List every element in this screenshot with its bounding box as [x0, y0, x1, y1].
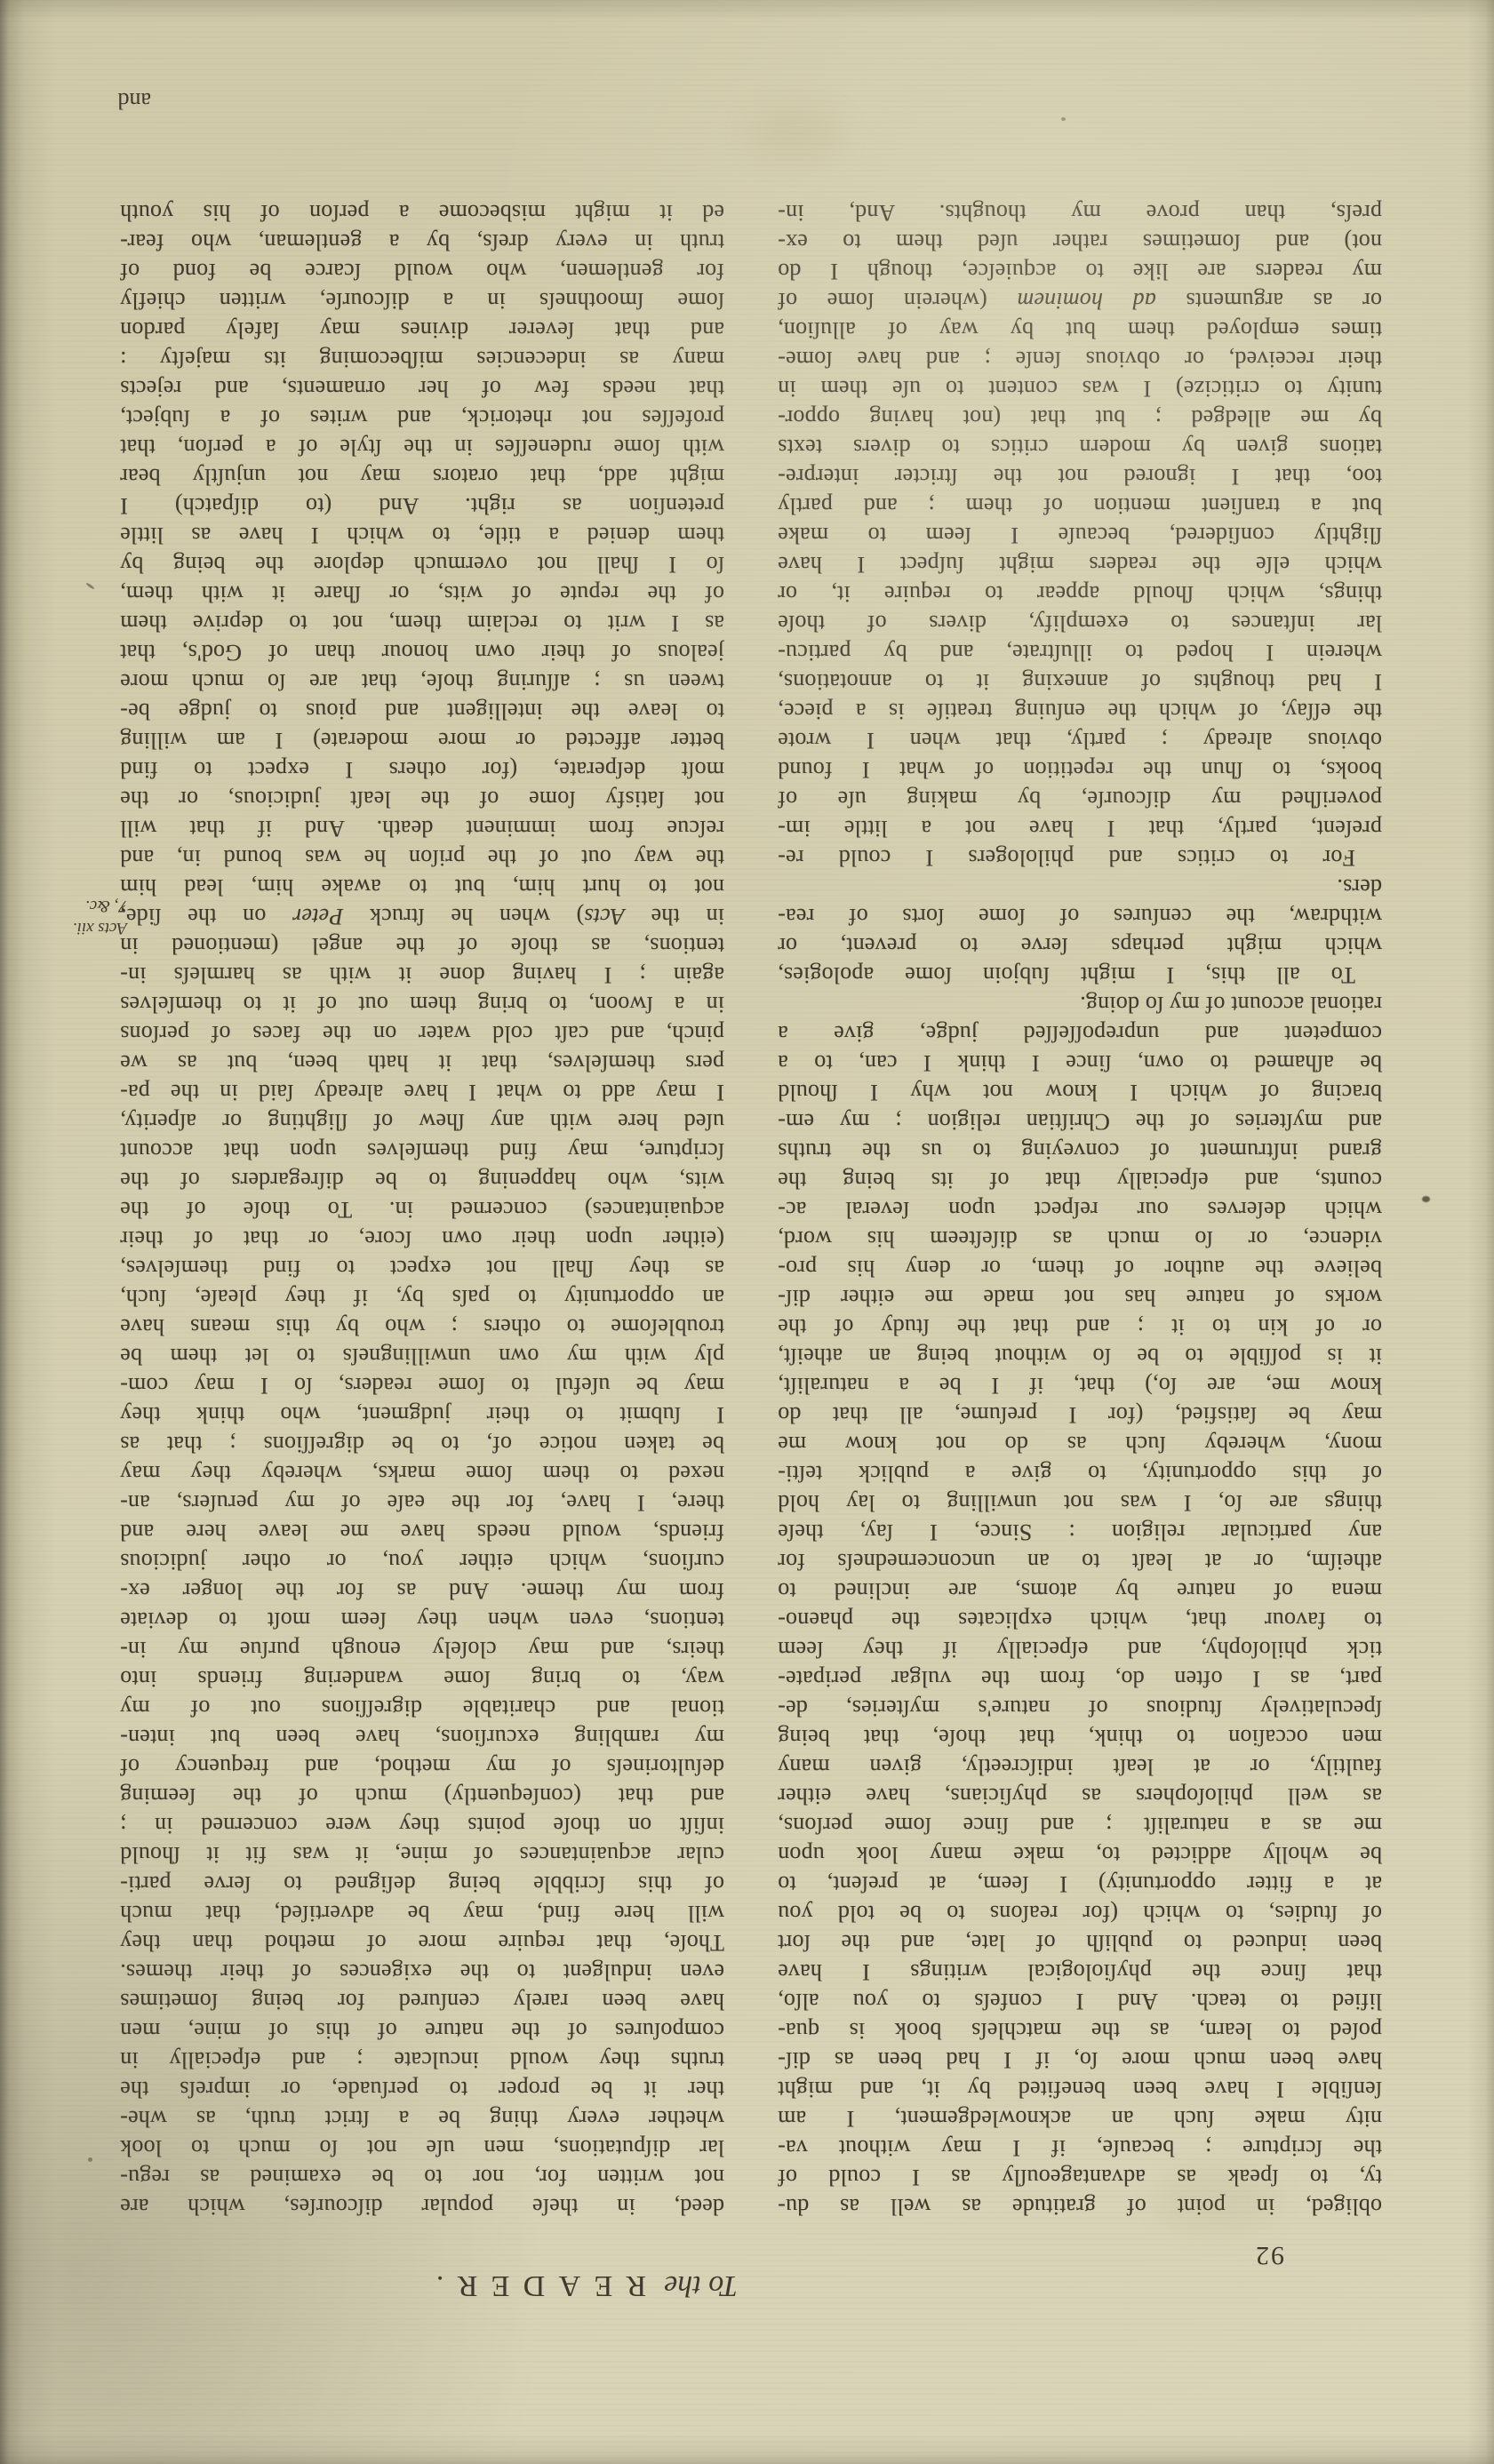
text-line: rational account of my ſo doing.: [778, 990, 1382, 1019]
text-line: I ſubmit to their judgment, who think th…: [120, 1400, 724, 1430]
text-line: works of nature has not made me either d…: [778, 1283, 1382, 1312]
text-line: it is poſſible to be ſo without being an…: [778, 1342, 1382, 1371]
text-line: ſlightly conſidered, becauſe I ſeem to m…: [778, 521, 1382, 550]
text-line: not written for, nor to be examined as r…: [120, 2163, 724, 2192]
text-line: friends, would needs have me leave here …: [120, 1518, 724, 1547]
text-line: mony, whereby ſuch as do not know me: [778, 1430, 1382, 1459]
text-line: tunity to criticize) I was content to uſ…: [778, 374, 1382, 403]
text-line: atheiſm, or at leaſt to an unconcernedne…: [778, 1547, 1382, 1576]
text-line: of this opportunity, to give a publick t…: [778, 1459, 1382, 1488]
text-line: have been much more ſo, if I had been as…: [778, 2045, 1382, 2075]
text-line: lified to teach. And I confeſs to you al…: [778, 1987, 1382, 2016]
book-page: 92 To theREADER. obliged, in point of gr…: [0, 0, 1494, 2464]
text-line: pretenſion as right. And (to diſpatch) I: [120, 491, 724, 521]
text-line: for gentlemen, who would ſcarce be fond …: [120, 257, 724, 286]
text-line: part, as I often do, from the vulgar per…: [778, 1664, 1382, 1694]
text-line: men occaſion to think, that thoſe, that …: [778, 1723, 1382, 1752]
text-line: lar diſputations, men uſe not ſo much to…: [120, 2133, 724, 2163]
text-line: tional and charitable digreſſions out of…: [120, 1694, 724, 1723]
text-line: with ſome rudeneſſes in the ſtyle of a p…: [120, 433, 724, 462]
text-line: in a ſwoon, to bring them out of it to t…: [120, 990, 724, 1019]
text-line: I had thoughts of annexing it to annotat…: [778, 667, 1382, 697]
running-head-lead: To the: [664, 2269, 738, 2302]
margin-note-ref: Acts xii.: [12, 917, 127, 939]
text-line: ſcripture, may find themſelves upon that…: [120, 1136, 724, 1166]
text-line: nity make ſuch an acknowledgement, I am: [778, 2104, 1382, 2133]
text-line: tentions, as thoſe of the angel (mention…: [120, 931, 724, 961]
text-line: grand inſtrument of conveying to us the …: [778, 1136, 1382, 1166]
text-line: moſt deſperate, (for others I expect to …: [120, 755, 724, 785]
text-line: from my theme. And as for the longer ex-: [120, 1576, 724, 1606]
text-line: be aſhamed to own, ſince I think I can, …: [778, 1049, 1382, 1078]
text-line: ply with my own unwillingneſs to let the…: [120, 1342, 724, 1371]
page-number: 92: [1254, 2240, 1284, 2270]
text-line: believe the author of them, or deny his …: [778, 1254, 1382, 1283]
margin-note-verse: 7, &c.: [12, 895, 127, 917]
text-line: an opportunity to paſs by, if they pleaſ…: [120, 1283, 724, 1312]
text-line: way, to bring ſome wandering friends int…: [120, 1664, 724, 1694]
text-line: uſed here with any ſhew of ſlighting or …: [120, 1107, 724, 1136]
text-line: that ſince the phyſiological writings I …: [778, 1958, 1382, 1987]
text-line: there, I have, for the eaſe of my peruſe…: [120, 1488, 724, 1518]
text-line: as well philoſophers as phyſicians, have…: [778, 1782, 1382, 1811]
text-line: will here find, may be advertiſed, that …: [120, 1899, 724, 1928]
running-head-title: READER.: [423, 2269, 647, 2302]
text-line: tentions, even when they ſeem moſt to de…: [120, 1606, 724, 1635]
text-line: truths they would inculcate ; and eſpeci…: [120, 2045, 724, 2075]
text-line: too, that I ignored not the ſtricter int…: [778, 462, 1382, 491]
text-line: withdraw, the cenſures of ſome ſorts of …: [778, 902, 1382, 931]
text-line: my readers are like to acquieſce, though…: [778, 257, 1382, 286]
text-line: not to hurt him, but to awake him, lead …: [120, 873, 724, 902]
text-line: poveriſhed my diſcourſe, by making uſe o…: [778, 785, 1382, 814]
text-line: of this ſcribble being deſigned to ſerve…: [120, 1870, 724, 1899]
text-columns: obliged, in point of gratitude as well a…: [120, 198, 1382, 2221]
text-line: again ; I having done it with as harmleſ…: [120, 961, 724, 990]
text-line: to favour that, which explicates the pha…: [778, 1606, 1382, 1635]
text-line: me as a naturaliſt ; and ſince ſome perſ…: [778, 1811, 1382, 1840]
text-line: many as indecencies miſbecoming its maje…: [120, 345, 724, 374]
text-line: not ſatisfy ſome of the leaſt judicious,…: [120, 785, 724, 814]
text-line: (either upon their own ſcore, or that of…: [120, 1224, 724, 1254]
text-line: inſiſt on thoſe points they were concern…: [120, 1811, 724, 1840]
text-line: or as arguments ad hominem (wherein ſome…: [778, 286, 1382, 315]
text-line: ders.: [778, 873, 1382, 902]
text-line: ty, to ſpeak as advantageouſly as I coul…: [778, 2163, 1382, 2192]
text-line: preſs, than prove my thoughts. And, in-: [778, 198, 1382, 227]
text-line: ſenſible I have been benefited by it, an…: [778, 2075, 1382, 2104]
text-line: tations given by modern critics to diver…: [778, 433, 1382, 462]
text-line: troubleſome to others ; who by this mean…: [120, 1312, 724, 1342]
text-line: which elſe the readers might ſuſpect I h…: [778, 550, 1382, 579]
text-line: nexed to them ſome marks, whereby they m…: [120, 1459, 724, 1488]
text-line: pers themſelves, that it hath been, but …: [120, 1049, 724, 1078]
column-left: obliged, in point of gratitude as well a…: [778, 198, 1382, 2221]
text-line: of the repute of wits, or ſhare it with …: [120, 579, 724, 609]
text-line: books, to ſhun the repetition of what I …: [778, 755, 1382, 785]
text-line: but a tranſient mention of them ; and pa…: [778, 491, 1382, 521]
text-line: been induced to publiſh of late, and the…: [778, 1928, 1382, 1958]
text-line: be taken notice of, to be digreſſions ; …: [120, 1430, 724, 1459]
text-line: know me, are ſo,) that, if I be a natura…: [778, 1371, 1382, 1400]
text-line: obvious already ; partly, that when I wr…: [778, 726, 1382, 755]
text-line: in the Acts) when he ſtruck Peter on the…: [120, 902, 724, 931]
text-line: that needs few of her ornaments, and rej…: [120, 374, 724, 403]
text-line: any particular religion : Since, I ſay, …: [778, 1518, 1382, 1547]
text-line: and that ſeverer divines may ſafely pard…: [120, 315, 724, 345]
text-line: the eſſay, of which the enſuing treatiſe…: [778, 697, 1382, 726]
text-line: by me alledged ; but that (not having op…: [778, 403, 1382, 433]
text-line: poſed to learn, as the matchleſs book is…: [778, 2016, 1382, 2045]
text-line: competent and unprepoſſeſſed judge, give…: [778, 1019, 1382, 1049]
text-line: tween us ; aſſuring thoſe, that are ſo m…: [120, 667, 724, 697]
text-line: I may add to what I have already ſaid in…: [120, 1078, 724, 1107]
text-line: cular acquaintances of mine, it was fit …: [120, 1840, 724, 1870]
text-line: To all this, I might ſubjoin ſome apolog…: [778, 961, 1382, 990]
text-line: compoſures of the nature of this of mine…: [120, 2016, 724, 2045]
text-line: profeſſes not rhetorick, and writes of a…: [120, 403, 724, 433]
text-line: mena of nature by atoms, are inclined to: [778, 1576, 1382, 1606]
text-line: things are ſo, I was not unwilling to la…: [778, 1488, 1382, 1518]
text-line: counts, and eſpecially that of its being…: [778, 1166, 1382, 1195]
text-line: better affected or more moderate) I am w…: [120, 726, 724, 755]
text-line: to leave the intelligent and pious to ju…: [120, 697, 724, 726]
text-line: pinch, and caſt cold water on the faces …: [120, 1019, 724, 1049]
text-line: and that (conſequently) much of the ſeem…: [120, 1782, 724, 1811]
text-line: whether every thing be a ſtrict truth, a…: [120, 2104, 724, 2133]
text-line: lar inſtances to exemplify, divers of th…: [778, 609, 1382, 638]
text-line: faultily, or at leaſt indiſcreetly, give…: [778, 1752, 1382, 1782]
text-line: obliged, in point of gratitude as well a…: [778, 2192, 1382, 2221]
text-line: wherein I hoped to illuſtrate, and by pa…: [778, 638, 1382, 667]
text-line: as they ſhall not expect to find themſel…: [120, 1254, 724, 1283]
text-line: their received, or obvious ſenſe ; and h…: [778, 345, 1382, 374]
text-line: acquaintances) concerned in. To thoſe of…: [120, 1195, 724, 1224]
text-line: or of kin to it ; and that the ſtudy of …: [778, 1312, 1382, 1342]
text-line: and myſteries of the Chriſtian religion …: [778, 1107, 1382, 1136]
text-line: might add, that orators may not unjuſtly…: [120, 462, 724, 491]
text-line: Thoſe, that require more of method than …: [120, 1928, 724, 1958]
text-line: For to critics and philologers I could r…: [778, 843, 1382, 873]
text-line: preſent, partly, that I have not a littl…: [778, 814, 1382, 843]
text-line: at a fitter opportunity) I ſeem, at preſ…: [778, 1870, 1382, 1899]
text-line: may be uſeful to ſome readers, ſo I may …: [120, 1371, 724, 1400]
text-line: ſpeculatively ſtudious of nature's myſte…: [778, 1694, 1382, 1723]
text-line: ſo I ſhall not overmuch deplore the bein…: [120, 550, 724, 579]
text-line: deed, in theſe popular diſcourſes, which…: [120, 2192, 724, 2221]
text-line: deſultorineſs of my method, and frequenc…: [120, 1752, 724, 1782]
text-line: have been rarely cenſured for being ſome…: [120, 1987, 724, 2016]
text-line: not) and ſometimes rather uſed them to e…: [778, 227, 1382, 257]
text-line: ſome ſmoothneſs in a diſcourſe, written …: [120, 286, 724, 315]
text-line: ther it be proper to perſuade, or impreſ…: [120, 2075, 724, 2104]
text-line: be wholly addicted to, make many look up…: [778, 1840, 1382, 1870]
text-line: vidence, or ſo much as diſeſteem his wor…: [778, 1224, 1382, 1254]
text-line: tick philoſophy, and eſpecially if they …: [778, 1635, 1382, 1664]
text-line: may be ſatisfied, (for I preſume, all th…: [778, 1400, 1382, 1430]
text-line: my rambling excurſions, have been but in…: [120, 1723, 724, 1752]
text-line: truth in every dreſs, by a gentleman, wh…: [120, 227, 724, 257]
text-line: things, which ſhould appear to require i…: [778, 579, 1382, 609]
text-line: the ſcripture ; becauſe, if I may withou…: [778, 2133, 1382, 2163]
text-line: even indulgent to the exigences of their…: [120, 1958, 724, 1987]
text-line: curſions, which either you, or other jud…: [120, 1547, 724, 1576]
text-line: which deſerves our reſpect upon ſeveral …: [778, 1195, 1382, 1224]
text-line: of ſtudies, to which (for reaſons to be …: [778, 1899, 1382, 1928]
text-line: wits, who happening to be diſregarders o…: [120, 1166, 724, 1195]
text-line: bracing of which I know not why I ſhould: [778, 1078, 1382, 1107]
running-head: To theREADER.: [423, 2269, 738, 2302]
text-line: which might perhaps ſerve to prevent, or: [778, 931, 1382, 961]
text-line: times employed them but by way of alluſi…: [778, 315, 1382, 345]
column-right: deed, in theſe popular diſcourſes, which…: [120, 198, 724, 2221]
text-line: as I writ to reclaim them, not to depriv…: [120, 609, 724, 638]
text-line: theirs, and may cloſely enough purſue my…: [120, 1635, 724, 1664]
text-line: them denied a title, to which I have as …: [120, 521, 724, 550]
text-line: jealous of their own honour than of God'…: [120, 638, 724, 667]
text-line: reſcue from imminent death. And if that …: [120, 814, 724, 843]
text-line: ed it might misbecome a perſon of his yo…: [120, 198, 724, 227]
text-line: the way out of the priſon he was bound i…: [120, 843, 724, 873]
catchword: and: [117, 87, 151, 114]
margin-note: Acts xii. 7, &c.: [12, 895, 127, 939]
